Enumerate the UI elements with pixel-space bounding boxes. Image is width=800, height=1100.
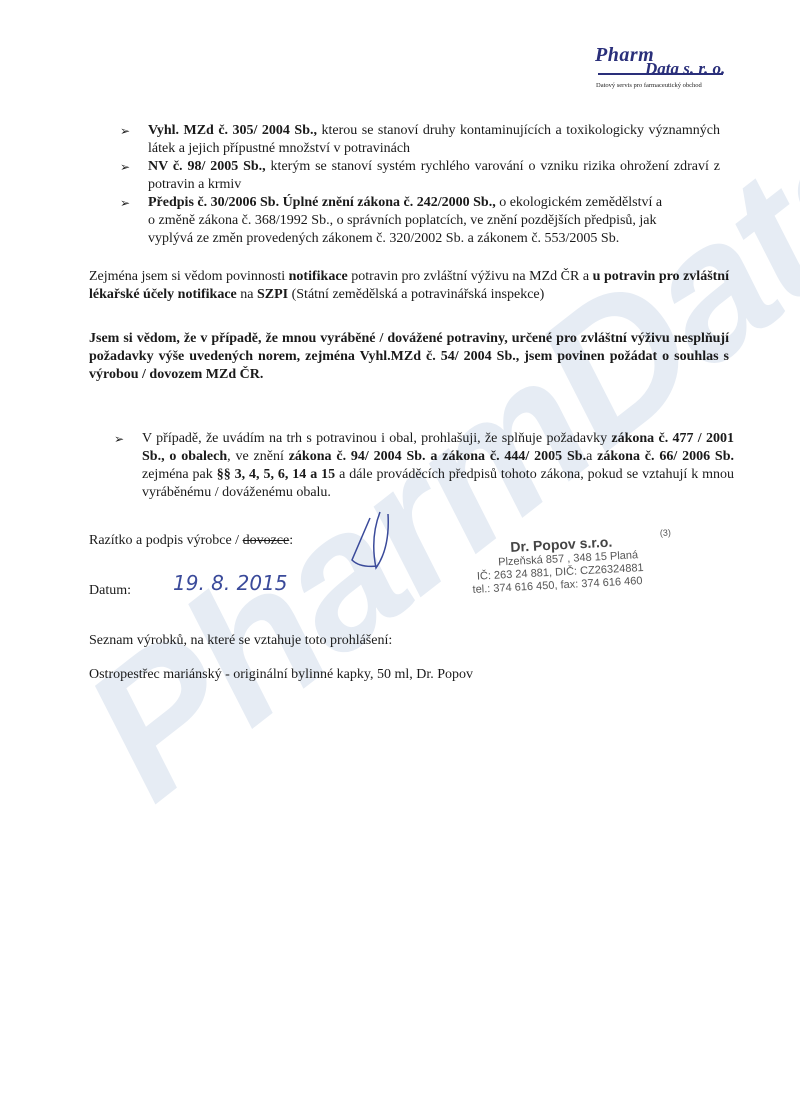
list-item: ➢ Předpis č. 30/2006 Sb. Úplné znění zák… xyxy=(120,194,720,248)
arrow-bullet-icon: ➢ xyxy=(114,430,124,448)
products-label: Seznam výrobků, na které se vztahuje tot… xyxy=(89,632,392,650)
struck-text: dovozce xyxy=(243,533,290,548)
date-value: 19. 8. 2015 xyxy=(173,574,288,592)
notification-paragraph: Zejména jsem si vědom povinnosti notifik… xyxy=(89,268,729,304)
stamp-number: (3) xyxy=(659,523,671,542)
logo-swoosh xyxy=(598,73,723,75)
arrow-bullet-icon: ➢ xyxy=(120,194,130,212)
arrow-bullet-icon: ➢ xyxy=(120,158,130,176)
product-item: Ostropestřec mariánský - originální byli… xyxy=(89,666,473,684)
logo-tagline: Datový servis pro farmaceutický obchod xyxy=(596,82,702,89)
signature-scribble xyxy=(340,508,410,578)
company-logo: Pharm Data s. r. o. Datový servis pro fa… xyxy=(590,44,770,94)
signature-label: Razítko a podpis výrobce / dovozce: xyxy=(89,532,293,550)
packaging-list-item: ➢ V případě, že uvádím na trh s potravin… xyxy=(114,430,734,502)
date-label: Datum: xyxy=(89,582,131,600)
logo-line2: Data s. r. o. xyxy=(645,59,725,79)
law-reference: Předpis č. 30/2006 Sb. Úplné znění zákon… xyxy=(148,195,496,210)
company-stamp: Dr. Popov s.r.o. (3) Plzeňská 857 , 348 … xyxy=(470,531,645,597)
law-reference: Vyhl. MZd č. 305/ 2004 Sb., xyxy=(148,123,317,138)
arrow-bullet-icon: ➢ xyxy=(120,122,130,140)
list-item: ➢ NV č. 98/ 2005 Sb., kterým se stanoví … xyxy=(120,158,720,194)
list-item: ➢ Vyhl. MZd č. 305/ 2004 Sb., kterou se … xyxy=(120,122,720,158)
obligation-paragraph: Jsem si vědom, že v případě, že mnou vyr… xyxy=(89,330,729,384)
law-reference: NV č. 98/ 2005 Sb., xyxy=(148,159,266,174)
